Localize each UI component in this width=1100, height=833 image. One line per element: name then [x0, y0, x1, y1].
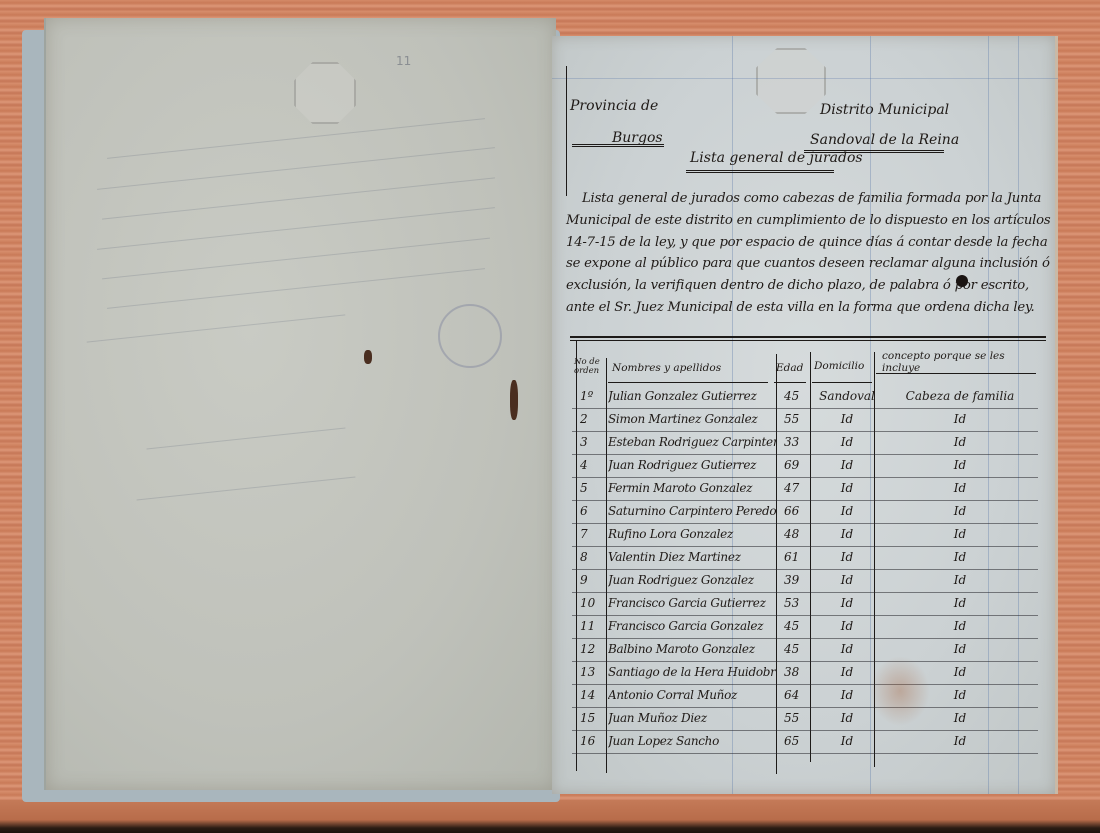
bleed-through-line: [146, 428, 345, 450]
district-label: Distrito Municipal: [820, 102, 949, 118]
row-age: 33: [784, 435, 814, 449]
col-header-number: No de orden: [574, 358, 604, 376]
ink-blot: [364, 350, 372, 364]
row-concept: Id: [882, 734, 1038, 748]
row-domicile: Id: [816, 458, 878, 472]
row-name: Julian Gonzalez Gutierrez: [608, 389, 776, 403]
bleed-through-line: [137, 477, 356, 501]
col-header-concept: concepto porque se les incluye: [882, 350, 1032, 374]
row-age: 61: [784, 550, 814, 564]
row-number: 1º: [580, 389, 604, 403]
bleed-through-line: [107, 268, 485, 309]
row-concept: Id: [882, 642, 1038, 656]
row-number: 9: [580, 573, 604, 587]
row-age: 65: [784, 734, 814, 748]
district-name: Sandoval de la Reina: [810, 132, 959, 148]
row-domicile: Id: [816, 435, 878, 449]
row-concept: Id: [882, 619, 1038, 633]
ink-blot: [956, 275, 968, 287]
wooden-table-edge: [0, 800, 1100, 833]
row-number: 4: [580, 458, 604, 472]
underline: [572, 144, 664, 147]
row-name: Balbino Maroto Gonzalez: [608, 642, 776, 656]
row-domicile: Id: [816, 734, 878, 748]
ink-stamp-icon: [438, 304, 502, 368]
row-domicile: Sandoval: [816, 389, 878, 403]
row-name: Francisco Garcia Gonzalez: [608, 619, 776, 633]
row-name: Francisco Garcia Gutierrez: [608, 596, 776, 610]
row-domicile: Id: [816, 573, 878, 587]
header-underline: [608, 382, 768, 383]
row-age: 38: [784, 665, 814, 679]
table-top-rule: [570, 340, 1046, 341]
row-number: 14: [580, 688, 604, 702]
col-header-name: Nombres y apellidos: [612, 362, 721, 374]
header-underline: [774, 382, 806, 383]
row-domicile: Id: [816, 596, 878, 610]
row-domicile: Id: [816, 412, 878, 426]
row-name: Juan Rodriguez Gutierrez: [608, 458, 776, 472]
row-number: 8: [580, 550, 604, 564]
row-name: Simon Martinez Gonzalez: [608, 412, 776, 426]
document-title: Lista general de jurados: [690, 150, 863, 166]
table-row: 8 Valentin Diez Martinez 61 Id Id: [572, 547, 1038, 570]
row-age: 55: [784, 711, 814, 725]
bleed-through-line: [87, 314, 346, 342]
row-age: 45: [784, 642, 814, 656]
table-row: 14 Antonio Corral Muñoz 64 Id Id: [572, 685, 1038, 708]
row-concept: Id: [882, 412, 1038, 426]
row-age: 48: [784, 527, 814, 541]
col-header-age: Edad: [776, 362, 803, 374]
table-top-rule: [570, 336, 1046, 338]
right-page: Provincia de Burgos Distrito Municipal S…: [552, 36, 1058, 794]
row-number: 12: [580, 642, 604, 656]
row-number: 10: [580, 596, 604, 610]
table-row: 16 Juan Lopez Sancho 65 Id Id: [572, 731, 1038, 754]
table-row: 5 Fermin Maroto Gonzalez 47 Id Id: [572, 478, 1038, 501]
row-name: Rufino Lora Gonzalez: [608, 527, 776, 541]
row-domicile: Id: [816, 642, 878, 656]
row-number: 5: [580, 481, 604, 495]
row-number: 6: [580, 504, 604, 518]
table-row: 7 Rufino Lora Gonzalez 48 Id Id: [572, 524, 1038, 547]
row-age: 45: [784, 389, 814, 403]
row-number: 2: [580, 412, 604, 426]
table-row: 9 Juan Rodriguez Gonzalez 39 Id Id: [572, 570, 1038, 593]
row-number: 13: [580, 665, 604, 679]
bleed-through-line: [107, 118, 485, 159]
row-name: Juan Muñoz Diez: [608, 711, 776, 725]
table-row: 15 Juan Muñoz Diez 55 Id Id: [572, 708, 1038, 731]
row-concept: Id: [882, 596, 1038, 610]
left-page: 11: [44, 18, 556, 790]
underline: [686, 170, 834, 173]
ink-blot: [510, 380, 518, 420]
row-domicile: Id: [816, 481, 878, 495]
row-name: Saturnino Carpintero Peredo: [608, 504, 776, 518]
row-domicile: Id: [816, 527, 878, 541]
embossed-seal-icon: [294, 62, 356, 124]
row-concept: Id: [882, 504, 1038, 518]
row-age: 45: [784, 619, 814, 633]
row-domicile: Id: [816, 504, 878, 518]
row-age: 47: [784, 481, 814, 495]
table-row: 1º Julian Gonzalez Gutierrez 45 Sandoval…: [572, 386, 1038, 409]
table-row: 12 Balbino Maroto Gonzalez 45 Id Id: [572, 639, 1038, 662]
row-age: 39: [784, 573, 814, 587]
col-header-domicile: Domicilio: [814, 360, 864, 372]
row-domicile: Id: [816, 688, 878, 702]
row-concept: Id: [882, 573, 1038, 587]
row-name: Valentin Diez Martinez: [608, 550, 776, 564]
row-concept: Id: [882, 550, 1038, 564]
embossed-seal-icon: [756, 48, 826, 114]
table-row: 13 Santiago de la Hera Huidobro 38 Id Id: [572, 662, 1038, 685]
row-age: 55: [784, 412, 814, 426]
row-name: Esteban Rodriguez Carpintero: [608, 435, 776, 449]
margin-line: [566, 66, 567, 196]
row-domicile: Id: [816, 711, 878, 725]
row-concept: Id: [882, 481, 1038, 495]
row-age: 66: [784, 504, 814, 518]
table-row: 2 Simon Martinez Gonzalez 55 Id Id: [572, 409, 1038, 432]
grid-line: [552, 78, 1058, 79]
table-row: 11 Francisco Garcia Gonzalez 45 Id Id: [572, 616, 1038, 639]
row-number: 11: [580, 619, 604, 633]
row-age: 53: [784, 596, 814, 610]
row-number: 7: [580, 527, 604, 541]
table-row: 6 Saturnino Carpintero Peredo 66 Id Id: [572, 501, 1038, 524]
row-domicile: Id: [816, 550, 878, 564]
header-underline: [812, 382, 872, 383]
row-name: Santiago de la Hera Huidobro: [608, 665, 776, 679]
row-domicile: Id: [816, 665, 878, 679]
table-row: 4 Juan Rodriguez Gutierrez 69 Id Id: [572, 455, 1038, 478]
row-name: Fermin Maroto Gonzalez: [608, 481, 776, 495]
row-age: 64: [784, 688, 814, 702]
row-concept: Id: [882, 458, 1038, 472]
row-name: Juan Lopez Sancho: [608, 734, 776, 748]
row-age: 69: [784, 458, 814, 472]
row-name: Antonio Corral Muñoz: [608, 688, 776, 702]
table-row: 10 Francisco Garcia Gutierrez 53 Id Id: [572, 593, 1038, 616]
folio-mark: 11: [396, 54, 411, 68]
table-row: 3 Esteban Rodriguez Carpintero 33 Id Id: [572, 432, 1038, 455]
intro-paragraph: Lista general de jurados como cabezas de…: [566, 188, 1052, 319]
row-concept: Id: [882, 435, 1038, 449]
row-number: 15: [580, 711, 604, 725]
row-concept: Id: [882, 527, 1038, 541]
province-label: Provincia de: [570, 98, 658, 114]
row-concept: Cabeza de familia: [882, 389, 1038, 403]
rust-stain: [870, 656, 930, 726]
row-number: 16: [580, 734, 604, 748]
row-number: 3: [580, 435, 604, 449]
row-domicile: Id: [816, 619, 878, 633]
row-name: Juan Rodriguez Gonzalez: [608, 573, 776, 587]
